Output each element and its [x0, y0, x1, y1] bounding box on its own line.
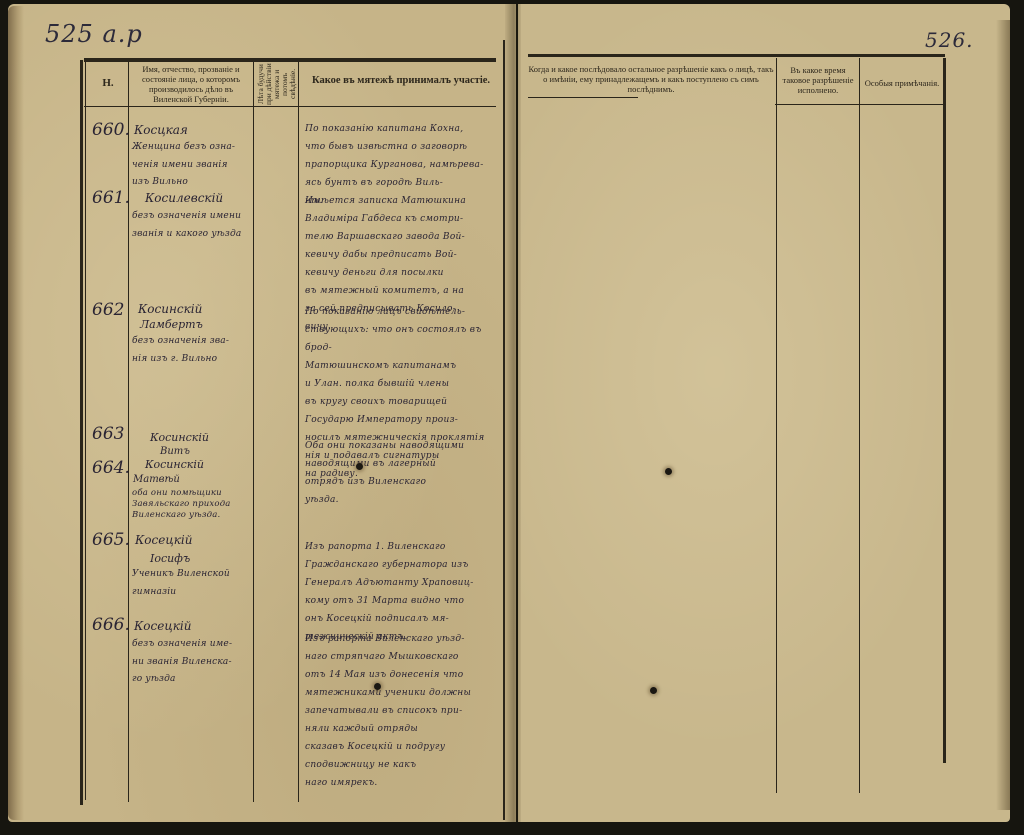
row-participation: Изъ рапорта Виленскаго уѣзд-наго стряпча… — [305, 630, 505, 792]
row-number: 662 — [92, 300, 124, 320]
header-age: Лѣта будучи при дѣйствіи мятежа и потомъ… — [257, 63, 295, 105]
row-detail: Женщина безъ озна-ченія имени званіяизъ … — [132, 139, 235, 192]
header-executed: Въ какое время таковое разрѣшеніе исполн… — [778, 65, 858, 95]
paper-hole — [356, 463, 363, 470]
row-number: 663 — [92, 424, 124, 444]
row-surname: Косинскій — [138, 302, 202, 316]
spine-gutter — [505, 4, 521, 822]
right-page-number: 526. — [925, 28, 974, 52]
row-surname: Косинскій — [145, 458, 204, 471]
row-number: 660. — [92, 120, 130, 140]
row-surname: Косецкій — [135, 533, 192, 547]
row-given-name: Витъ — [160, 446, 190, 457]
row-given-name: Матвѣй — [133, 474, 180, 485]
row-surname: Косецкій — [134, 619, 191, 633]
col-divider-name — [253, 62, 254, 802]
row-number: 661. — [92, 188, 130, 208]
header-bottom-rule-left — [84, 106, 496, 107]
table-left-border — [80, 60, 83, 805]
left-page-number: 525 a.p — [45, 20, 143, 48]
row-detail: безъ означенія именизванія и какого уѣзд… — [132, 208, 242, 243]
header-n: Н. — [90, 78, 126, 88]
paper-hole — [665, 468, 672, 475]
header-name: Имя, отчество, прозваніе и состояніе лиц… — [131, 64, 251, 104]
row-given-name: Іосифъ — [150, 552, 190, 565]
paper-hole — [650, 687, 657, 694]
col-divider-executed — [859, 58, 860, 793]
header-bottom-rule-right-b — [775, 104, 945, 105]
right-page — [518, 4, 1010, 822]
row-given-name: Ламбертъ — [140, 318, 203, 331]
table-top-rule-left — [84, 58, 496, 62]
row-detail: безъ означенія име-ни званія Виленска-го… — [132, 636, 232, 689]
header-participation: Какое въ мятежѣ принималъ участіе. — [302, 76, 500, 86]
header-resolution: Когда и какое послѣдовало остальное разр… — [527, 64, 775, 94]
row-participation: Оба они показаны наводящиминаводящими въ… — [305, 437, 505, 509]
row-surname: Косинскій — [150, 431, 209, 444]
row-detail: Ученикъ Виленскойгимназіи — [132, 566, 230, 601]
col-divider-age — [298, 62, 299, 802]
paper-hole — [374, 683, 381, 690]
page-edge-right — [996, 20, 1010, 810]
col-divider-n — [128, 62, 129, 802]
row-surname: Косилевскій — [145, 191, 223, 205]
row-detail: безъ означенія зва-нія изъ г. Вильно — [132, 333, 229, 368]
header-remarks: Особыя примѣчанія. — [861, 78, 943, 88]
row-detail: оба они помѣщикиЗавяльскаго приходаВилен… — [132, 488, 231, 521]
table-top-rule-right — [528, 54, 945, 57]
col-divider-resolution — [776, 58, 777, 793]
book-binding-edge — [8, 6, 24, 820]
row-number: 664. — [92, 458, 130, 478]
row-number: 666. — [92, 615, 130, 635]
table-right-border-right — [943, 58, 946, 763]
table-left-inner-border — [85, 60, 86, 800]
row-surname: Косцкая — [134, 123, 188, 137]
header-bottom-rule-right-a — [528, 97, 638, 98]
row-number: 665. — [92, 530, 130, 550]
